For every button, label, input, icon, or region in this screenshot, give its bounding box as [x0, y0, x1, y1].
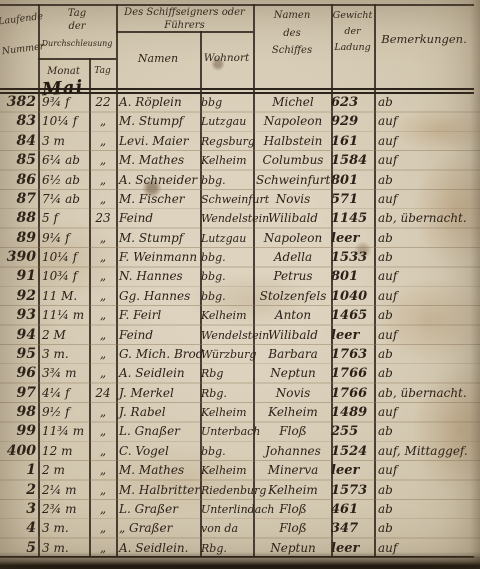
- cell-time-of-passage: 6½ ab: [42, 171, 88, 190]
- cell-owner-name: C. Vogel: [119, 442, 203, 461]
- cell-owner-residence: Lutzgau: [201, 229, 255, 248]
- ledger-row: 83 10¼ f „ M. Stumpf Lutzgau Napoleon 92…: [0, 112, 480, 131]
- cell-time-of-passage: 2 m: [42, 461, 88, 480]
- cell-cargo-weight: 801: [331, 171, 375, 190]
- cell-remark: auf: [378, 287, 478, 306]
- cell-day: „: [90, 248, 116, 267]
- cell-running-number: 89: [0, 229, 36, 248]
- cell-owner-name: J. Rabel: [119, 403, 203, 422]
- cell-owner-name: G. Mich. Brod: [119, 345, 203, 364]
- cell-cargo-weight: 623: [331, 93, 375, 112]
- cell-owner-name: M. Stumpf: [119, 229, 203, 248]
- ledger-row: 84 3 m „ Levi. Maier Regsburg Halbstein …: [0, 132, 480, 151]
- cell-time-of-passage: 3 m.: [42, 345, 88, 364]
- header-schiff-line2: des: [253, 28, 331, 41]
- cell-remark: auf: [378, 151, 478, 170]
- ledger-row: 86 6½ ab „ A. Schneider bbg. Schweinfurt…: [0, 171, 480, 190]
- header-gewicht-line1: Gewicht: [331, 10, 374, 22]
- ledger-row: 95 3 m. „ G. Mich. Brod Würzburg Barbara…: [0, 345, 480, 364]
- cell-running-number: 88: [0, 209, 36, 228]
- cell-cargo-weight: 1524: [331, 442, 375, 461]
- cell-running-number: 86: [0, 171, 36, 190]
- cell-time-of-passage: 3 m.: [42, 519, 88, 538]
- cell-cargo-weight: 1763: [331, 345, 375, 364]
- cell-day: „: [90, 190, 116, 209]
- cell-day: 24: [90, 384, 116, 403]
- cell-day: „: [90, 306, 116, 325]
- cell-owner-name: M. Halbritter: [119, 481, 203, 500]
- ledger-page: Laufende Nummer Tag der Durchschleusung …: [0, 0, 480, 569]
- cell-day: „: [90, 287, 116, 306]
- header-tag-der-durchschleusung: Tag der Durchschleusung: [38, 8, 116, 49]
- cell-remark: ab: [378, 519, 478, 538]
- cell-running-number: 382: [0, 93, 36, 112]
- cell-owner-residence: Rbg.: [201, 384, 255, 403]
- cell-day: „: [90, 422, 116, 441]
- header-schiff-line1: Namen: [253, 10, 331, 23]
- cell-owner-residence: Kelheim: [201, 306, 255, 325]
- cell-ship-name: Floß: [256, 422, 330, 441]
- subheader-tag-label: Tag: [94, 66, 110, 76]
- cell-running-number: 1: [0, 461, 36, 480]
- cell-ship-name: Columbus: [256, 151, 330, 170]
- cell-time-of-passage: 11 M.: [42, 287, 88, 306]
- ledger-row: 94 2 M „ Feind Wendelstein Wilibald leer…: [0, 326, 480, 345]
- cell-time-of-passage: 9½ f: [42, 403, 88, 422]
- cell-cargo-weight: 347: [331, 519, 375, 538]
- cell-owner-name: F. Feirl: [119, 306, 203, 325]
- cell-cargo-weight: leer: [331, 229, 375, 248]
- cell-time-of-passage: 11¾ m: [42, 422, 88, 441]
- cell-owner-name: F. Weinmann: [119, 248, 203, 267]
- cell-day: 22: [90, 93, 116, 112]
- cell-time-of-passage: 2¾ m: [42, 500, 88, 519]
- cell-owner-name: L. Gnaßer: [119, 422, 203, 441]
- ledger-row: 92 11 M. „ Gg. Hannes bbg. Stolzenfels 1…: [0, 287, 480, 306]
- cell-owner-residence: bbg.: [201, 287, 255, 306]
- cell-owner-residence: Lutzgau: [201, 112, 255, 131]
- header-tag-line1: Tag: [38, 8, 116, 21]
- cell-cargo-weight: 571: [331, 190, 375, 209]
- ledger-row: 89 9¼ f „ M. Stumpf Lutzgau Napoleon lee…: [0, 229, 480, 248]
- header-gewicht-line3: Ladung: [331, 42, 374, 54]
- cell-owner-residence: Kelheim: [201, 151, 255, 170]
- cell-running-number: 4: [0, 519, 36, 538]
- header-tag-line3: Durchschleusung: [38, 39, 116, 49]
- cell-remark: ab: [378, 306, 478, 325]
- cell-remark: ab: [378, 345, 478, 364]
- cell-ship-name: Neptun: [256, 364, 330, 383]
- page-bottom-edge: [0, 552, 480, 569]
- cell-ship-name: Minerva: [256, 461, 330, 480]
- cell-time-of-passage: 2¼ m: [42, 481, 88, 500]
- header-nummer: Nummer: [1, 41, 40, 57]
- cell-running-number: 95: [0, 345, 36, 364]
- cell-time-of-passage: 9¾ f: [42, 93, 88, 112]
- cell-cargo-weight: 1573: [331, 481, 375, 500]
- cell-day: „: [90, 500, 116, 519]
- cell-ship-name: Anton: [256, 306, 330, 325]
- header-gewicht-line2: der: [331, 26, 374, 38]
- subheader-namen: Namen: [116, 52, 200, 66]
- cell-owner-name: M. Stumpf: [119, 112, 203, 131]
- cell-ship-name: Novis: [256, 384, 330, 403]
- ledger-row: 3 2¾ m „ L. Graßer Unterlindach Floß 461…: [0, 500, 480, 519]
- cell-ship-name: Floß: [256, 500, 330, 519]
- cell-remark: auf: [378, 190, 478, 209]
- cell-cargo-weight: leer: [331, 326, 375, 345]
- cell-running-number: 94: [0, 326, 36, 345]
- header-gewicht-der-ladung: Gewicht der Ladung: [331, 10, 374, 54]
- cell-ship-name: Michel: [256, 93, 330, 112]
- cell-cargo-weight: 255: [331, 422, 375, 441]
- cell-owner-residence: Kelheim: [201, 461, 255, 480]
- cell-remark: auf: [378, 112, 478, 131]
- cell-remark: auf: [378, 403, 478, 422]
- cell-cargo-weight: 929: [331, 112, 375, 131]
- cell-time-of-passage: 10¾ f: [42, 267, 88, 286]
- cell-running-number: 3: [0, 500, 36, 519]
- ledger-row: 85 6¼ ab „ M. Mathes Kelheim Columbus 15…: [0, 151, 480, 170]
- cell-running-number: 96: [0, 364, 36, 383]
- cell-day: „: [90, 519, 116, 538]
- cell-cargo-weight: 1040: [331, 287, 375, 306]
- cell-owner-residence: bbg: [201, 93, 255, 112]
- cell-ship-name: Wilibald: [256, 326, 330, 345]
- table-top-rule: [0, 4, 474, 6]
- header-schiff-line3: Schiffes: [253, 45, 331, 58]
- cell-remark: ab: [378, 364, 478, 383]
- ledger-row: 88 5 f 23 Feind Wendelstein Wilibald 114…: [0, 209, 480, 228]
- ledger-row: 97 4¼ f 24 J. Merkel Rbg. Novis 1766 ab,…: [0, 384, 480, 403]
- cell-remark: ab: [378, 422, 478, 441]
- cell-day: „: [90, 442, 116, 461]
- cell-owner-residence: Unterlindach: [201, 500, 255, 519]
- cell-cargo-weight: 1533: [331, 248, 375, 267]
- cell-owner-residence: Unterbach: [201, 422, 255, 441]
- cell-cargo-weight: 801: [331, 267, 375, 286]
- cell-remark: ab, übernacht.: [378, 209, 478, 228]
- cell-time-of-passage: 11¼ m: [42, 306, 88, 325]
- cell-owner-residence: Regsburg: [201, 132, 255, 151]
- cell-running-number: 390: [0, 248, 36, 267]
- cell-owner-name: Levi. Maier: [119, 132, 203, 151]
- cell-day: „: [90, 481, 116, 500]
- cell-owner-name: M. Mathes: [119, 461, 203, 480]
- cell-cargo-weight: 161: [331, 132, 375, 151]
- page-right-edge: [470, 0, 480, 569]
- cell-time-of-passage: 2 M: [42, 326, 88, 345]
- cell-ship-name: Johannes: [256, 442, 330, 461]
- header-namen-des-schiffes: Namen des Schiffes: [253, 10, 331, 58]
- cell-cargo-weight: 461: [331, 500, 375, 519]
- cell-ship-name: Wilibald: [256, 209, 330, 228]
- cell-owner-residence: Wendelstein: [201, 209, 255, 228]
- cell-time-of-passage: 10¼ f: [42, 112, 88, 131]
- cell-running-number: 84: [0, 132, 36, 151]
- cell-time-of-passage: 6¼ ab: [42, 151, 88, 170]
- cell-ship-name: Stolzenfels: [256, 287, 330, 306]
- cell-ship-name: Barbara: [256, 345, 330, 364]
- cell-running-number: 87: [0, 190, 36, 209]
- cell-remark: auf: [378, 132, 478, 151]
- cell-ship-name: Kelheim: [256, 403, 330, 422]
- cell-owner-name: J. Merkel: [119, 384, 203, 403]
- cell-day: „: [90, 461, 116, 480]
- ledger-row: 2 2¼ m „ M. Halbritter Riedenburg Kelhei…: [0, 481, 480, 500]
- header-schiffseigner-line2: Führers: [116, 20, 253, 33]
- cell-owner-name: M. Mathes: [119, 151, 203, 170]
- cell-day: 23: [90, 209, 116, 228]
- cell-running-number: 85: [0, 151, 36, 170]
- cell-remark: ab: [378, 481, 478, 500]
- cell-time-of-passage: 4¼ f: [42, 384, 88, 403]
- cell-remark: auf: [378, 461, 478, 480]
- ledger-row: 382 9¾ f 22 A. Röplein bbg Michel 623 ab: [0, 93, 480, 112]
- ledger-row: 93 11¼ m „ F. Feirl Kelheim Anton 1465 a…: [0, 306, 480, 325]
- subheader-monat-label: Monat: [47, 66, 80, 77]
- cell-cargo-weight: 1584: [331, 151, 375, 170]
- cell-running-number: 83: [0, 112, 36, 131]
- cell-ship-name: Halbstein: [256, 132, 330, 151]
- cell-ship-name: Napoleon: [256, 112, 330, 131]
- cell-ship-name: Petrus: [256, 267, 330, 286]
- ledger-row: 96 3¾ m „ A. Seidlein Rbg Neptun 1766 ab: [0, 364, 480, 383]
- cell-running-number: 98: [0, 403, 36, 422]
- cell-time-of-passage: 3¾ m: [42, 364, 88, 383]
- ledger-row: 390 10¼ f „ F. Weinmann bbg. Adella 1533…: [0, 248, 480, 267]
- cell-owner-name: M. Fischer: [119, 190, 203, 209]
- cell-ship-name: Novis: [256, 190, 330, 209]
- cell-owner-residence: bbg.: [201, 267, 255, 286]
- cell-day: „: [90, 403, 116, 422]
- header-laufende: Laufende: [0, 12, 37, 28]
- subheader-tag: Tag: [89, 66, 116, 77]
- cell-remark: ab: [378, 171, 478, 190]
- subheader-wohnort: Wohnort: [200, 52, 253, 65]
- ledger-row: 1 2 m „ M. Mathes Kelheim Minerva leer a…: [0, 461, 480, 480]
- cell-remark: ab: [378, 229, 478, 248]
- ledger-row: 91 10¾ f „ N. Hannes bbg. Petrus 801 auf: [0, 267, 480, 286]
- cell-day: „: [90, 132, 116, 151]
- cell-day: „: [90, 112, 116, 131]
- cell-running-number: 92: [0, 287, 36, 306]
- cell-remark: ab, übernacht.: [378, 384, 478, 403]
- cell-day: „: [90, 345, 116, 364]
- cell-owner-residence: Wendelstein: [201, 326, 255, 345]
- cell-day: „: [90, 171, 116, 190]
- cell-owner-name: N. Hannes: [119, 267, 203, 286]
- monat-tag-subrule: [38, 58, 116, 60]
- cell-time-of-passage: 9¼ f: [42, 229, 88, 248]
- cell-day: „: [90, 364, 116, 383]
- header-bemerkungen: Bemerkungen.: [374, 32, 474, 46]
- cell-remark: auf, Mittaggef.: [378, 442, 478, 461]
- cell-owner-name: L. Graßer: [119, 500, 203, 519]
- cell-owner-name: A. Röplein: [119, 93, 203, 112]
- cell-ship-name: Schweinfurt: [256, 171, 330, 190]
- cell-cargo-weight: 1489: [331, 403, 375, 422]
- cell-remark: ab: [378, 500, 478, 519]
- ledger-row: 400 12 m „ C. Vogel bbg. Johannes 1524 a…: [0, 442, 480, 461]
- cell-owner-name: „ Graßer: [119, 519, 203, 538]
- ledger-row: 98 9½ f „ J. Rabel Kelheim Kelheim 1489 …: [0, 403, 480, 422]
- cell-cargo-weight: 1465: [331, 306, 375, 325]
- cell-owner-name: Feind: [119, 209, 203, 228]
- ledger-row: 99 11¾ m „ L. Gnaßer Unterbach Floß 255 …: [0, 422, 480, 441]
- subheader-wohnort-label: Wohnort: [204, 52, 250, 64]
- cell-cargo-weight: 1766: [331, 384, 375, 403]
- cell-remark: auf: [378, 267, 478, 286]
- cell-ship-name: Kelheim: [256, 481, 330, 500]
- cell-owner-residence: Kelheim: [201, 403, 255, 422]
- cell-day: „: [90, 229, 116, 248]
- cell-remark: ab: [378, 93, 478, 112]
- cell-cargo-weight: 1766: [331, 364, 375, 383]
- cell-owner-residence: Rbg: [201, 364, 255, 383]
- cell-owner-name: Feind: [119, 326, 203, 345]
- cell-remark: ab: [378, 248, 478, 267]
- cell-running-number: 93: [0, 306, 36, 325]
- cell-owner-name: Gg. Hannes: [119, 287, 203, 306]
- header-schiffseigner-line1: Des Schiffseigners oder: [116, 7, 253, 20]
- ledger-row: 87 7¼ ab „ M. Fischer Schweinfurt Novis …: [0, 190, 480, 209]
- cell-running-number: 97: [0, 384, 36, 403]
- cell-cargo-weight: leer: [331, 461, 375, 480]
- cell-day: „: [90, 326, 116, 345]
- cell-ship-name: Adella: [256, 248, 330, 267]
- cell-owner-residence: bbg.: [201, 171, 255, 190]
- cell-ship-name: Floß: [256, 519, 330, 538]
- cell-day: „: [90, 267, 116, 286]
- header-laufende-nummer: Laufende Nummer: [0, 12, 40, 58]
- cell-owner-residence: von da: [201, 519, 255, 538]
- header-bemerkungen-label: Bemerkungen.: [381, 32, 466, 46]
- header-schiffseigner: Des Schiffseigners oder Führers: [116, 7, 253, 32]
- cell-owner-name: A. Seidlein: [119, 364, 203, 383]
- cell-owner-residence: Würzburg: [201, 345, 255, 364]
- cell-time-of-passage: 10¼ f: [42, 248, 88, 267]
- cell-owner-residence: Riedenburg: [201, 481, 255, 500]
- cell-day: „: [90, 151, 116, 170]
- cell-running-number: 2: [0, 481, 36, 500]
- subheader-namen-label: Namen: [138, 52, 178, 65]
- cell-owner-residence: bbg.: [201, 248, 255, 267]
- cell-time-of-passage: 3 m: [42, 132, 88, 151]
- cell-running-number: 99: [0, 422, 36, 441]
- cell-owner-name: A. Schneider: [119, 171, 203, 190]
- cell-time-of-passage: 12 m: [42, 442, 88, 461]
- cell-time-of-passage: 7¼ ab: [42, 190, 88, 209]
- ledger-row: 4 3 m. „ „ Graßer von da Floß 347 ab: [0, 519, 480, 538]
- cell-remark: auf: [378, 326, 478, 345]
- cell-ship-name: Napoleon: [256, 229, 330, 248]
- cell-running-number: 91: [0, 267, 36, 286]
- cell-owner-residence: bbg.: [201, 442, 255, 461]
- cell-cargo-weight: 1145: [331, 209, 375, 228]
- cell-time-of-passage: 5 f: [42, 209, 88, 228]
- cell-running-number: 400: [0, 442, 36, 461]
- header-tag-line2: der: [38, 21, 116, 34]
- cell-owner-residence: Schweinfurt: [201, 190, 255, 209]
